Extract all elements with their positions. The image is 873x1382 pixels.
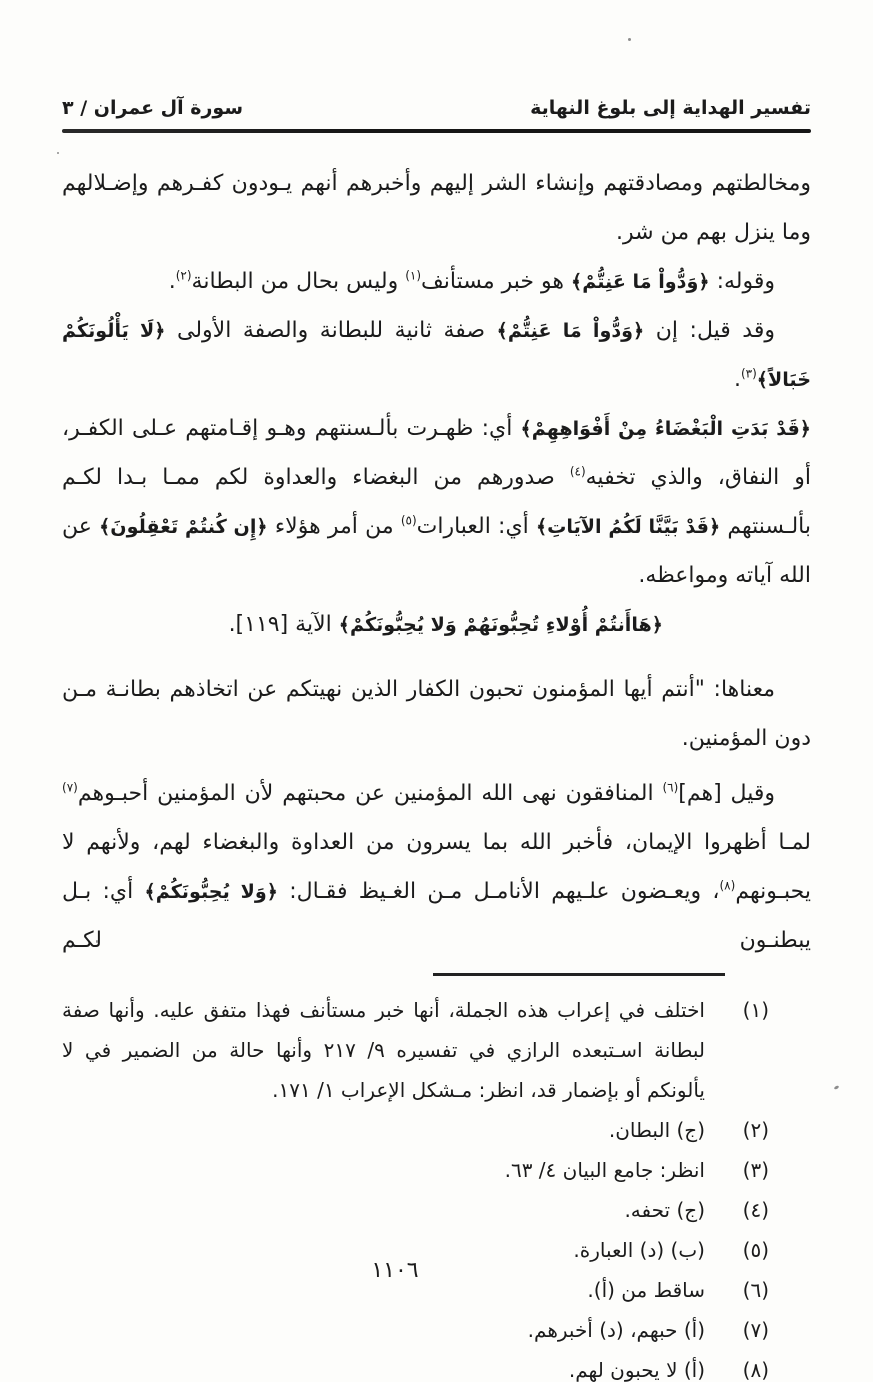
- quran-quote: ﴿قَدْ بَيَّنَّا لَكُمُ الآيَاتِ﴾: [536, 515, 720, 538]
- scan-speck: [834, 1085, 840, 1090]
- scan-speck: [57, 152, 59, 154]
- paragraph: معناها: "أنتم أيها المؤمنون تحبون الكفار…: [62, 665, 811, 763]
- footnote-text: انظر: جامع البيان ٤/ ٦٣.: [62, 1150, 705, 1190]
- footnote-text: (ج) البطان.: [62, 1110, 705, 1150]
- footnote-number: (٨): [705, 1350, 769, 1382]
- footnote-separator: [433, 973, 725, 976]
- quran-quote: ﴿وَدُّواْ مَا عَنِتُّمْ﴾: [497, 319, 645, 342]
- scan-speck: [96, 940, 98, 943]
- footnote: (٨)(أ) لا يحبون لهم.: [62, 1350, 811, 1382]
- quran-quote: ﴿لَا يَأْلُونَكُمْ خَبَالاً﴾: [62, 319, 811, 391]
- page-content: تفسير الهداية إلى بلوغ النهاية سورة آل ع…: [62, 0, 811, 1382]
- quran-quote: ﴿هَاأَنتُمْ أُوْلاءِ تُحِبُّونَهُمْ وَلا…: [339, 613, 663, 636]
- page-number: ١١٠٦: [350, 1258, 440, 1283]
- quran-quote: ﴿وَلا يُحِبُّونَكُمْ﴾: [144, 880, 278, 903]
- paragraph: وقد قيل: إن ﴿وَدُّواْ مَا عَنِتُّمْ﴾ صفة…: [62, 306, 811, 404]
- footnote-text: (ج) تحفه.: [62, 1190, 705, 1230]
- footnote-ref: (٤): [570, 465, 586, 479]
- footnote-ref: (٢): [176, 269, 192, 283]
- header-rule: [62, 129, 811, 133]
- footnote-ref: (٦): [662, 781, 678, 795]
- footnote-text: اختلف في إعراب هذه الجملة، أنها خبر مستأ…: [62, 990, 705, 1110]
- footnote-text: (أ) لا يحبون لهم.: [62, 1350, 705, 1382]
- footnote: (٧)(أ) حبهم، (د) أخبرهم.: [62, 1310, 811, 1350]
- paragraph: ومخالطتهم ومصادقتهم وإنشاء الشر إليهم وأ…: [62, 159, 811, 257]
- footnote-ref: (٨): [719, 879, 735, 893]
- chapter-title: سورة آل عمران / ٣: [62, 97, 243, 119]
- footnote-number: (١): [705, 990, 769, 1110]
- footnote: (٣)انظر: جامع البيان ٤/ ٦٣.: [62, 1150, 811, 1190]
- footnote-number: (٤): [705, 1190, 769, 1230]
- footnote-number: (٢): [705, 1110, 769, 1150]
- footnote-text: (أ) حبهم، (د) أخبرهم.: [62, 1310, 705, 1350]
- page: تفسير الهداية إلى بلوغ النهاية سورة آل ع…: [0, 0, 873, 1382]
- quran-quote: ﴿قَدْ بَدَتِ الْبَغْضَاءُ مِنْ أَفْوَاهِ…: [521, 417, 811, 440]
- quran-quote: ﴿وَدُّواْ مَا عَنِتُّمْ﴾: [571, 270, 710, 293]
- quran-quote: ﴿إِن كُنتُمْ تَعْقِلُونَ﴾: [99, 515, 268, 538]
- paragraph: ﴿هَاأَنتُمْ أُوْلاءِ تُحِبُّونَهُمْ وَلا…: [62, 600, 811, 649]
- footnote-ref: (٧): [62, 781, 78, 795]
- footnotes-list: (١)اختلف في إعراب هذه الجملة، أنها خبر م…: [62, 990, 811, 1382]
- footnote: (١)اختلف في إعراب هذه الجملة، أنها خبر م…: [62, 990, 811, 1110]
- footnote-number: (٥): [705, 1230, 769, 1270]
- paragraph: وقوله: ﴿وَدُّواْ مَا عَنِتُّمْ﴾ هو خبر م…: [62, 257, 811, 306]
- footnote: (٤)(ج) تحفه.: [62, 1190, 811, 1230]
- footnote-number: (٦): [705, 1270, 769, 1310]
- book-title: تفسير الهداية إلى بلوغ النهاية: [530, 97, 811, 119]
- footnote-ref: (١): [405, 269, 421, 283]
- paragraph: ﴿قَدْ بَدَتِ الْبَغْضَاءُ مِنْ أَفْوَاهِ…: [62, 404, 811, 600]
- footnote: (٢)(ج) البطان.: [62, 1110, 811, 1150]
- scan-speck: [628, 38, 631, 41]
- footnote-number: (٧): [705, 1310, 769, 1350]
- footnote-ref: (٣): [741, 367, 757, 381]
- page-header: تفسير الهداية إلى بلوغ النهاية سورة آل ع…: [62, 0, 811, 119]
- body-text: ومخالطتهم ومصادقتهم وإنشاء الشر إليهم وأ…: [62, 159, 811, 965]
- paragraph: وقيل [هم](٦) المنافقون نهى الله المؤمنين…: [62, 769, 811, 965]
- footnote-number: (٣): [705, 1150, 769, 1190]
- footnote-ref: (٥): [401, 514, 417, 528]
